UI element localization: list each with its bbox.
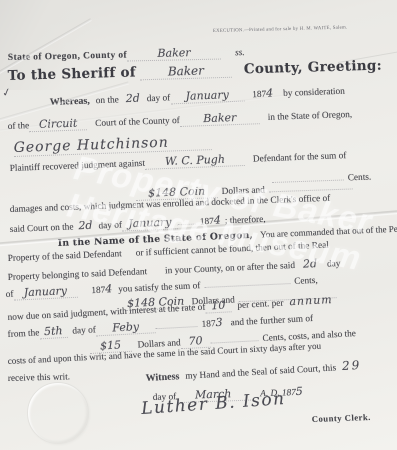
docket-year-printed: 187 bbox=[200, 217, 214, 228]
judgment-prefix: Plaintiff recovered judgment against bbox=[10, 159, 146, 174]
court-line: of the Circuit Court of the County of Ba… bbox=[8, 107, 353, 133]
docket-month-blank: January bbox=[122, 215, 179, 231]
document-paper: ✓ EXECUTION.—Printed and for sale by H. … bbox=[0, 0, 397, 450]
from-month-blank: Feby bbox=[95, 319, 156, 336]
real-property-tail: day bbox=[327, 259, 341, 270]
defendant-name-handwritten: W. C. Pugh bbox=[165, 153, 225, 168]
cents-label-2: Cents, bbox=[294, 276, 318, 287]
court-type-blank: Circuit bbox=[29, 116, 87, 132]
sheriff-county-blank: Baker bbox=[140, 63, 232, 81]
witness-day-handwritten: 29 bbox=[342, 358, 362, 373]
embossed-notary-seal bbox=[27, 382, 89, 444]
dollars-and-label-1: Dollars and bbox=[222, 186, 265, 197]
witness-line: Witness my Hand and the Seal of said Cou… bbox=[145, 358, 362, 384]
ss-label: ss. bbox=[235, 48, 245, 58]
judgment-month-handwritten: January bbox=[185, 88, 229, 103]
docket-month-handwritten: January bbox=[128, 216, 172, 231]
judgment-month-blank: January bbox=[170, 88, 244, 105]
docket-year-handwritten: 4 bbox=[214, 214, 222, 227]
docket-day-handwritten: 2d bbox=[78, 219, 93, 233]
whereas-on-the: on the bbox=[96, 95, 119, 106]
clerk-title-label: County Clerk. bbox=[312, 412, 371, 424]
personal-property-part1: Property of the said Defendant bbox=[8, 249, 122, 264]
year-handwritten: 4 bbox=[266, 86, 273, 99]
docket-day-of: day of bbox=[98, 221, 122, 232]
interest-rate-handwritten: 10 bbox=[211, 299, 226, 313]
docket-prefix: said Court on the bbox=[10, 222, 74, 235]
plaintiff-name-handwritten: George Hutchinson bbox=[13, 135, 169, 156]
command-text: You are commanded that out of the Person… bbox=[260, 223, 397, 240]
satisfy-year-handwritten: 4 bbox=[105, 282, 113, 295]
court-county-handwritten: Baker bbox=[203, 111, 237, 125]
court-county-blank: Baker bbox=[180, 110, 260, 127]
receive-text: receive this writ. bbox=[8, 372, 70, 384]
satisfy-month-blank: January bbox=[13, 284, 78, 301]
court-type-handwritten: Circuit bbox=[39, 117, 78, 131]
satisfy-amount-blank bbox=[204, 283, 290, 288]
from-month-handwritten: Feby bbox=[112, 320, 139, 334]
witness-label: Witness bbox=[145, 371, 179, 384]
witness-text: my Hand and the Seal of said Court, this bbox=[185, 363, 336, 381]
from-the: from the bbox=[7, 328, 39, 340]
from-day-of: day of bbox=[72, 325, 96, 336]
greeting-label: County, Greeting: bbox=[244, 58, 382, 78]
sheriff-county-handwritten: Baker bbox=[168, 64, 204, 79]
clerk-title-line: County Clerk. bbox=[312, 412, 371, 424]
receive-line: receive this writ. bbox=[8, 372, 70, 384]
satisfy-text: you satisfy the sum of bbox=[118, 281, 200, 295]
printer-imprint: EXECUTION.—Printed and for sale by H. M.… bbox=[213, 25, 348, 34]
court-of-the: of the bbox=[8, 121, 30, 132]
year-printed: 187 bbox=[252, 90, 266, 101]
judgment-suffix: Defendant for the sum of bbox=[253, 151, 347, 165]
defendant-name-blank: W. C. Pugh bbox=[145, 152, 245, 170]
from-year-printed: 187 bbox=[201, 319, 215, 330]
docket-suffix: ; therefore, bbox=[225, 215, 266, 227]
court-mid: Court of the County of bbox=[95, 116, 180, 129]
printer-imprint-text: EXECUTION.—Printed and for sale by H. M.… bbox=[213, 25, 348, 34]
judgment-day-handwritten: 2d bbox=[125, 92, 140, 106]
satisfy-year-printed: 187 bbox=[91, 285, 105, 296]
interest-mid: per cent. per bbox=[237, 299, 284, 311]
from-year-handwritten: 3 bbox=[215, 316, 223, 329]
whereas-tail: by consideration bbox=[283, 87, 345, 99]
dollars-trailing-blank-1 bbox=[269, 188, 353, 192]
venue-label: State of Oregon, County of bbox=[8, 51, 127, 63]
venue-county-blank: Baker bbox=[127, 46, 221, 62]
court-tail: in the State of Oregon, bbox=[268, 110, 353, 123]
from-day-blank: 5th bbox=[39, 324, 68, 339]
amount-handwritten-1: $148 Coin bbox=[148, 185, 206, 200]
whereas-label: Whereas, bbox=[50, 95, 90, 108]
ad-year-handwritten: 5 bbox=[296, 385, 303, 398]
after-day-handwritten: 2d bbox=[303, 257, 318, 271]
interest-period-handwritten: annum bbox=[289, 293, 333, 308]
interest-rate-blank: 10 bbox=[205, 298, 232, 313]
venue-county-handwritten: Baker bbox=[157, 46, 190, 60]
whereas-day-of: day of bbox=[147, 93, 171, 104]
from-tail: and the further sum of bbox=[230, 314, 313, 328]
from-day-handwritten: 5th bbox=[44, 324, 63, 338]
satisfy-month-handwritten: January bbox=[24, 284, 68, 299]
